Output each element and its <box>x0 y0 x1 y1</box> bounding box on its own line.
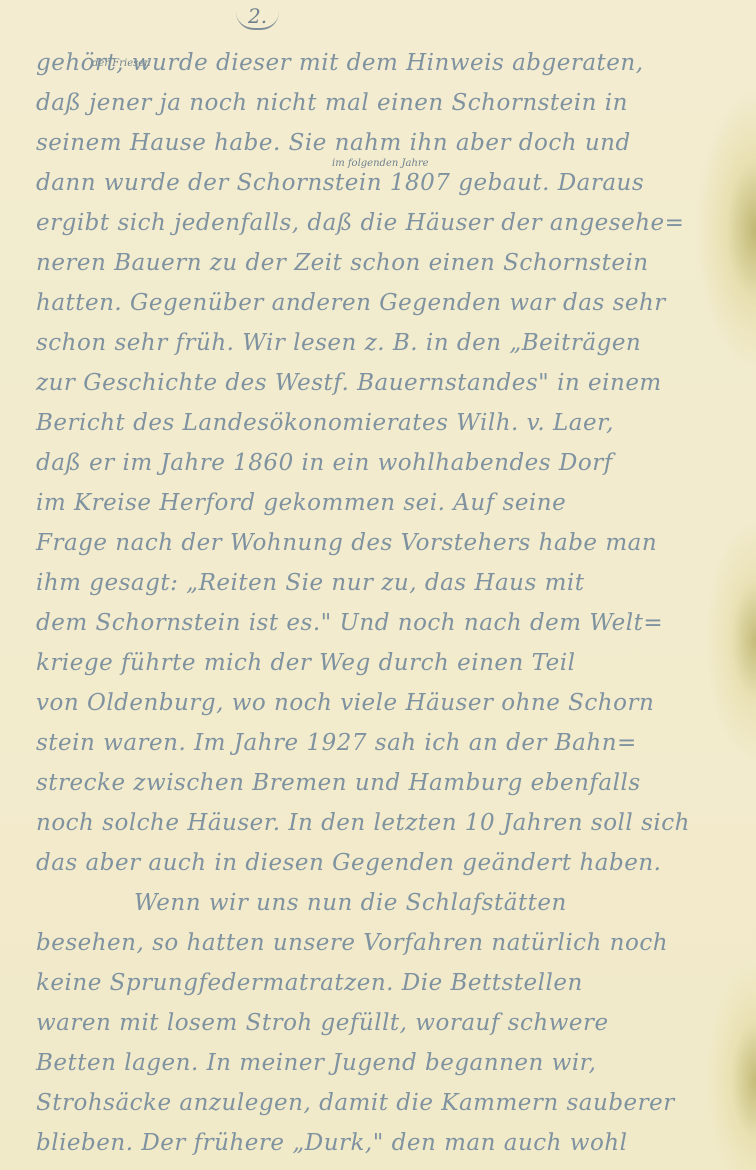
text-line: noch solche Häuser. In den letzten 10 Ja… <box>36 810 690 836</box>
text-line: im Kreise Herford gekommen sei. Auf sein… <box>36 490 566 516</box>
text-line: strecke zwischen Bremen und Hamburg eben… <box>36 770 641 796</box>
text-line: von Oldenburg, wo noch viele Häuser ohne… <box>36 690 654 716</box>
text-line: daß jener ja noch nicht mal einen Schorn… <box>36 90 628 116</box>
text-line: Strohsäcke anzulegen, damit die Kammern … <box>36 1090 675 1116</box>
text-line: blieben. Der frühere „Durk," den man auc… <box>36 1130 627 1156</box>
page-number: 2. <box>236 4 279 30</box>
text-line: waren mit losem Stroh gefüllt, worauf sc… <box>36 1010 609 1036</box>
manuscript-page: 2. der Friesen im folgenden Jahre gehört… <box>0 0 756 1170</box>
text-line: dem Schornstein ist es." Und noch nach d… <box>36 610 663 636</box>
text-line: das aber auch in diesen Gegenden geänder… <box>36 850 661 876</box>
text-line: Bericht des Landesökonomierates Wilh. v.… <box>36 410 614 436</box>
text-line-indented: Wenn wir uns nun die Schlafstätten <box>134 890 567 916</box>
interlinear-insert: im folgenden Jahre <box>332 158 429 169</box>
text-line: neren Bauern zu der Zeit schon einen Sch… <box>36 250 649 276</box>
text-line: daß er im Jahre 1860 in ein wohlhabendes… <box>36 450 613 476</box>
text-line: hatten. Gegenüber anderen Gegenden war d… <box>36 290 666 316</box>
text-line: stein waren. Im Jahre 1927 sah ich an de… <box>36 730 637 756</box>
text-line: besehen, so hatten unsere Vorfahren natü… <box>36 930 668 956</box>
text-line: ihm gesagt: „Reiten Sie nur zu, das Haus… <box>36 570 585 596</box>
text-line: Betten lagen. In meiner Jugend begannen … <box>36 1050 596 1076</box>
text-line: seinem Hause habe. Sie nahm ihn aber doc… <box>36 130 631 156</box>
text-line: dann wurde der Schornstein 1807 gebaut. … <box>36 170 644 196</box>
text-line: schon sehr früh. Wir lesen z. B. in den … <box>36 330 641 356</box>
text-line: ergibt sich jedenfalls, daß die Häuser d… <box>36 210 684 236</box>
text-line: Frage nach der Wohnung des Vorstehers ha… <box>36 530 657 556</box>
text-line: zur Geschichte des Westf. Bauernstandes"… <box>36 370 662 396</box>
text-line: kriege führte mich der Weg durch einen T… <box>36 650 576 676</box>
text-line: gehört, wurde dieser mit dem Hinweis abg… <box>36 50 644 76</box>
text-line: keine Sprungfedermatratzen. Die Bettstel… <box>36 970 583 996</box>
